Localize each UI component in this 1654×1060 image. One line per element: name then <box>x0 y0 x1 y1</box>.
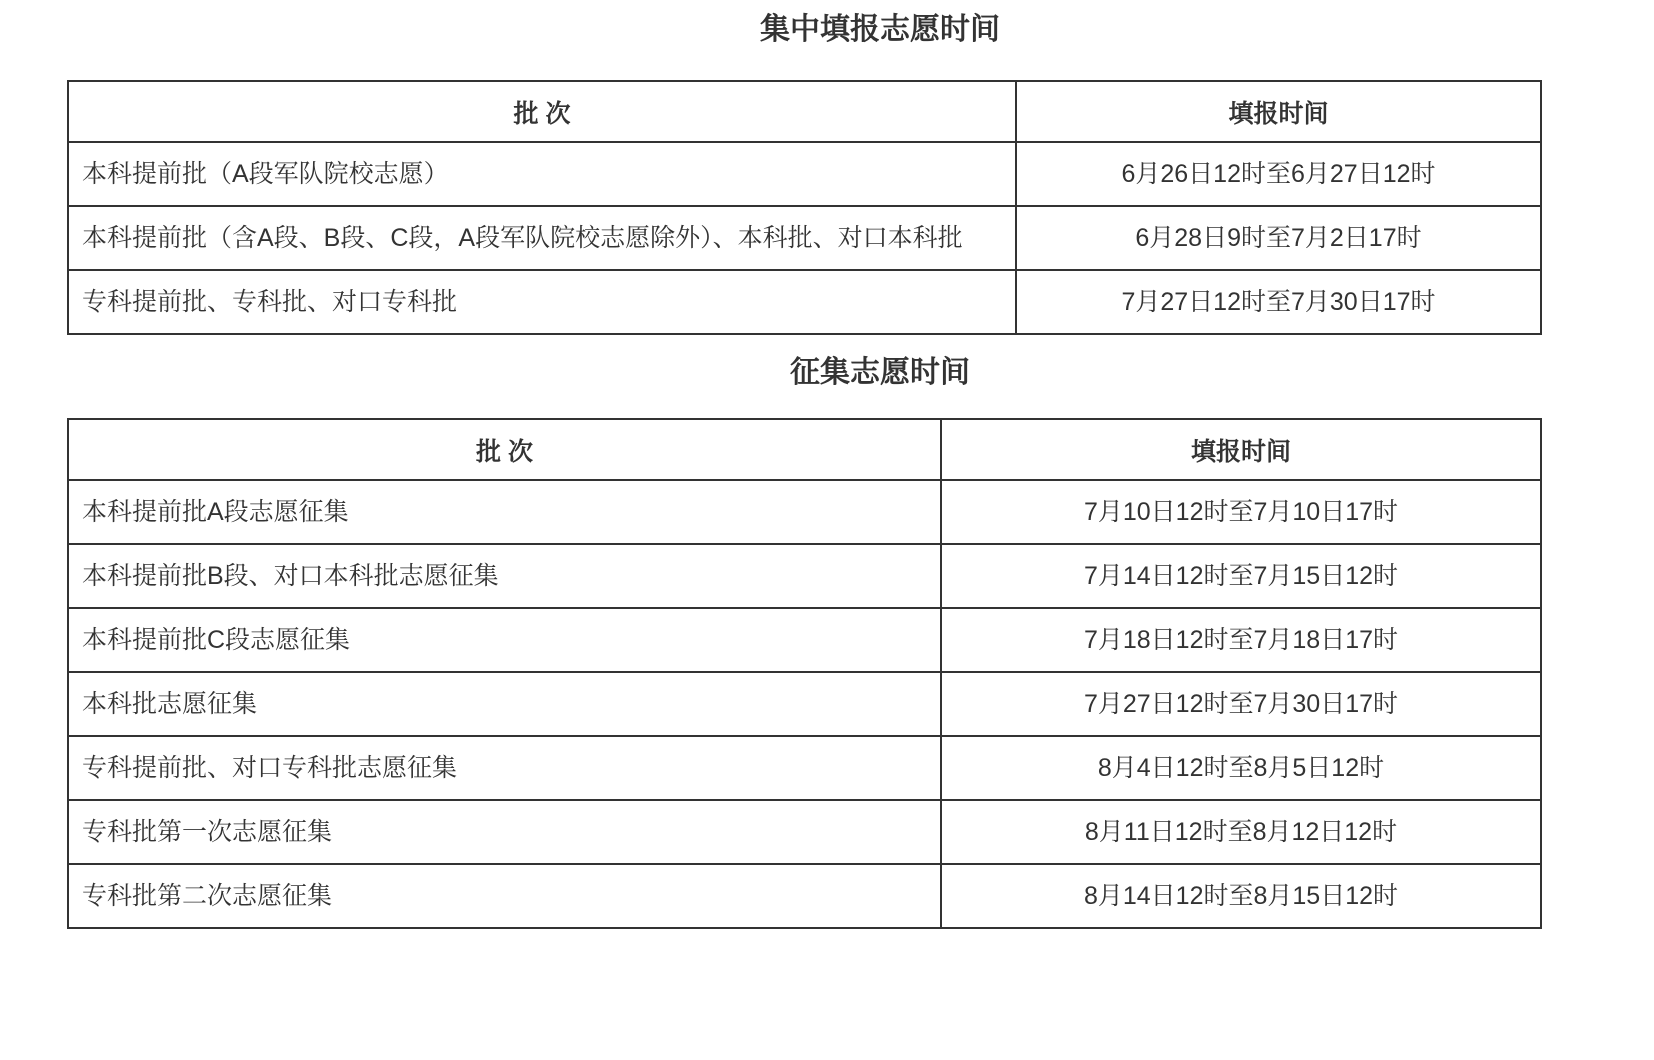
section-title-concentrated-filling: 集中填报志愿时间 <box>67 8 1654 52</box>
table-row: 本科提前批（含A段、B段、C段，A段军队院校志愿除外）、本科批、对口本科批 6月… <box>68 206 1541 270</box>
time-cell: 7月27日12时至7月30日17时 <box>1016 270 1541 334</box>
batch-cell: 本科提前批（A段军队院校志愿） <box>68 142 1016 206</box>
time-cell: 8月4日12时至8月5日12时 <box>941 736 1541 800</box>
batch-cell: 本科批志愿征集 <box>68 672 941 736</box>
table-row: 专科提前批、对口专科批志愿征集 8月4日12时至8月5日12时 <box>68 736 1541 800</box>
time-cell: 6月26日12时至6月27日12时 <box>1016 142 1541 206</box>
section-title-supplementary-collection: 征集志愿时间 <box>67 351 1654 395</box>
column-header-time: 填报时间 <box>1016 81 1541 142</box>
batch-cell: 本科提前批A段志愿征集 <box>68 480 941 544</box>
table-row: 专科提前批、专科批、对口专科批 7月27日12时至7月30日17时 <box>68 270 1541 334</box>
batch-cell: 专科提前批、对口专科批志愿征集 <box>68 736 941 800</box>
time-cell: 7月18日12时至7月18日17时 <box>941 608 1541 672</box>
time-cell: 7月14日12时至7月15日12时 <box>941 544 1541 608</box>
batch-cell: 本科提前批（含A段、B段、C段，A段军队院校志愿除外）、本科批、对口本科批 <box>68 206 1016 270</box>
column-header-batch: 批 次 <box>68 419 941 480</box>
time-cell: 7月10日12时至7月10日17时 <box>941 480 1541 544</box>
time-cell: 7月27日12时至7月30日17时 <box>941 672 1541 736</box>
table-row: 本科提前批B段、对口本科批志愿征集 7月14日12时至7月15日12时 <box>68 544 1541 608</box>
table-header-row: 批 次 填报时间 <box>68 81 1541 142</box>
table-row: 本科提前批（A段军队院校志愿） 6月26日12时至6月27日12时 <box>68 142 1541 206</box>
batch-cell: 专科批第二次志愿征集 <box>68 864 941 928</box>
time-cell: 8月14日12时至8月15日12时 <box>941 864 1541 928</box>
batch-cell: 本科提前批B段、对口本科批志愿征集 <box>68 544 941 608</box>
table-header-row: 批 次 填报时间 <box>68 419 1541 480</box>
table-row: 本科批志愿征集 7月27日12时至7月30日17时 <box>68 672 1541 736</box>
table-row: 专科批第二次志愿征集 8月14日12时至8月15日12时 <box>68 864 1541 928</box>
column-header-time: 填报时间 <box>941 419 1541 480</box>
concentrated-filling-time-table: 批 次 填报时间 本科提前批（A段军队院校志愿） 6月26日12时至6月27日1… <box>67 80 1542 335</box>
table-row: 本科提前批C段志愿征集 7月18日12时至7月18日17时 <box>68 608 1541 672</box>
time-cell: 6月28日9时至7月2日17时 <box>1016 206 1541 270</box>
column-header-batch: 批 次 <box>68 81 1016 142</box>
page: 集中填报志愿时间 批 次 填报时间 本科提前批（A段军队院校志愿） 6月26日1… <box>0 8 1654 1060</box>
table-row: 专科批第一次志愿征集 8月11日12时至8月12日12时 <box>68 800 1541 864</box>
batch-cell: 专科提前批、专科批、对口专科批 <box>68 270 1016 334</box>
batch-cell: 专科批第一次志愿征集 <box>68 800 941 864</box>
supplementary-collection-time-table: 批 次 填报时间 本科提前批A段志愿征集 7月10日12时至7月10日17时 本… <box>67 418 1542 929</box>
batch-cell: 本科提前批C段志愿征集 <box>68 608 941 672</box>
table-row: 本科提前批A段志愿征集 7月10日12时至7月10日17时 <box>68 480 1541 544</box>
time-cell: 8月11日12时至8月12日12时 <box>941 800 1541 864</box>
